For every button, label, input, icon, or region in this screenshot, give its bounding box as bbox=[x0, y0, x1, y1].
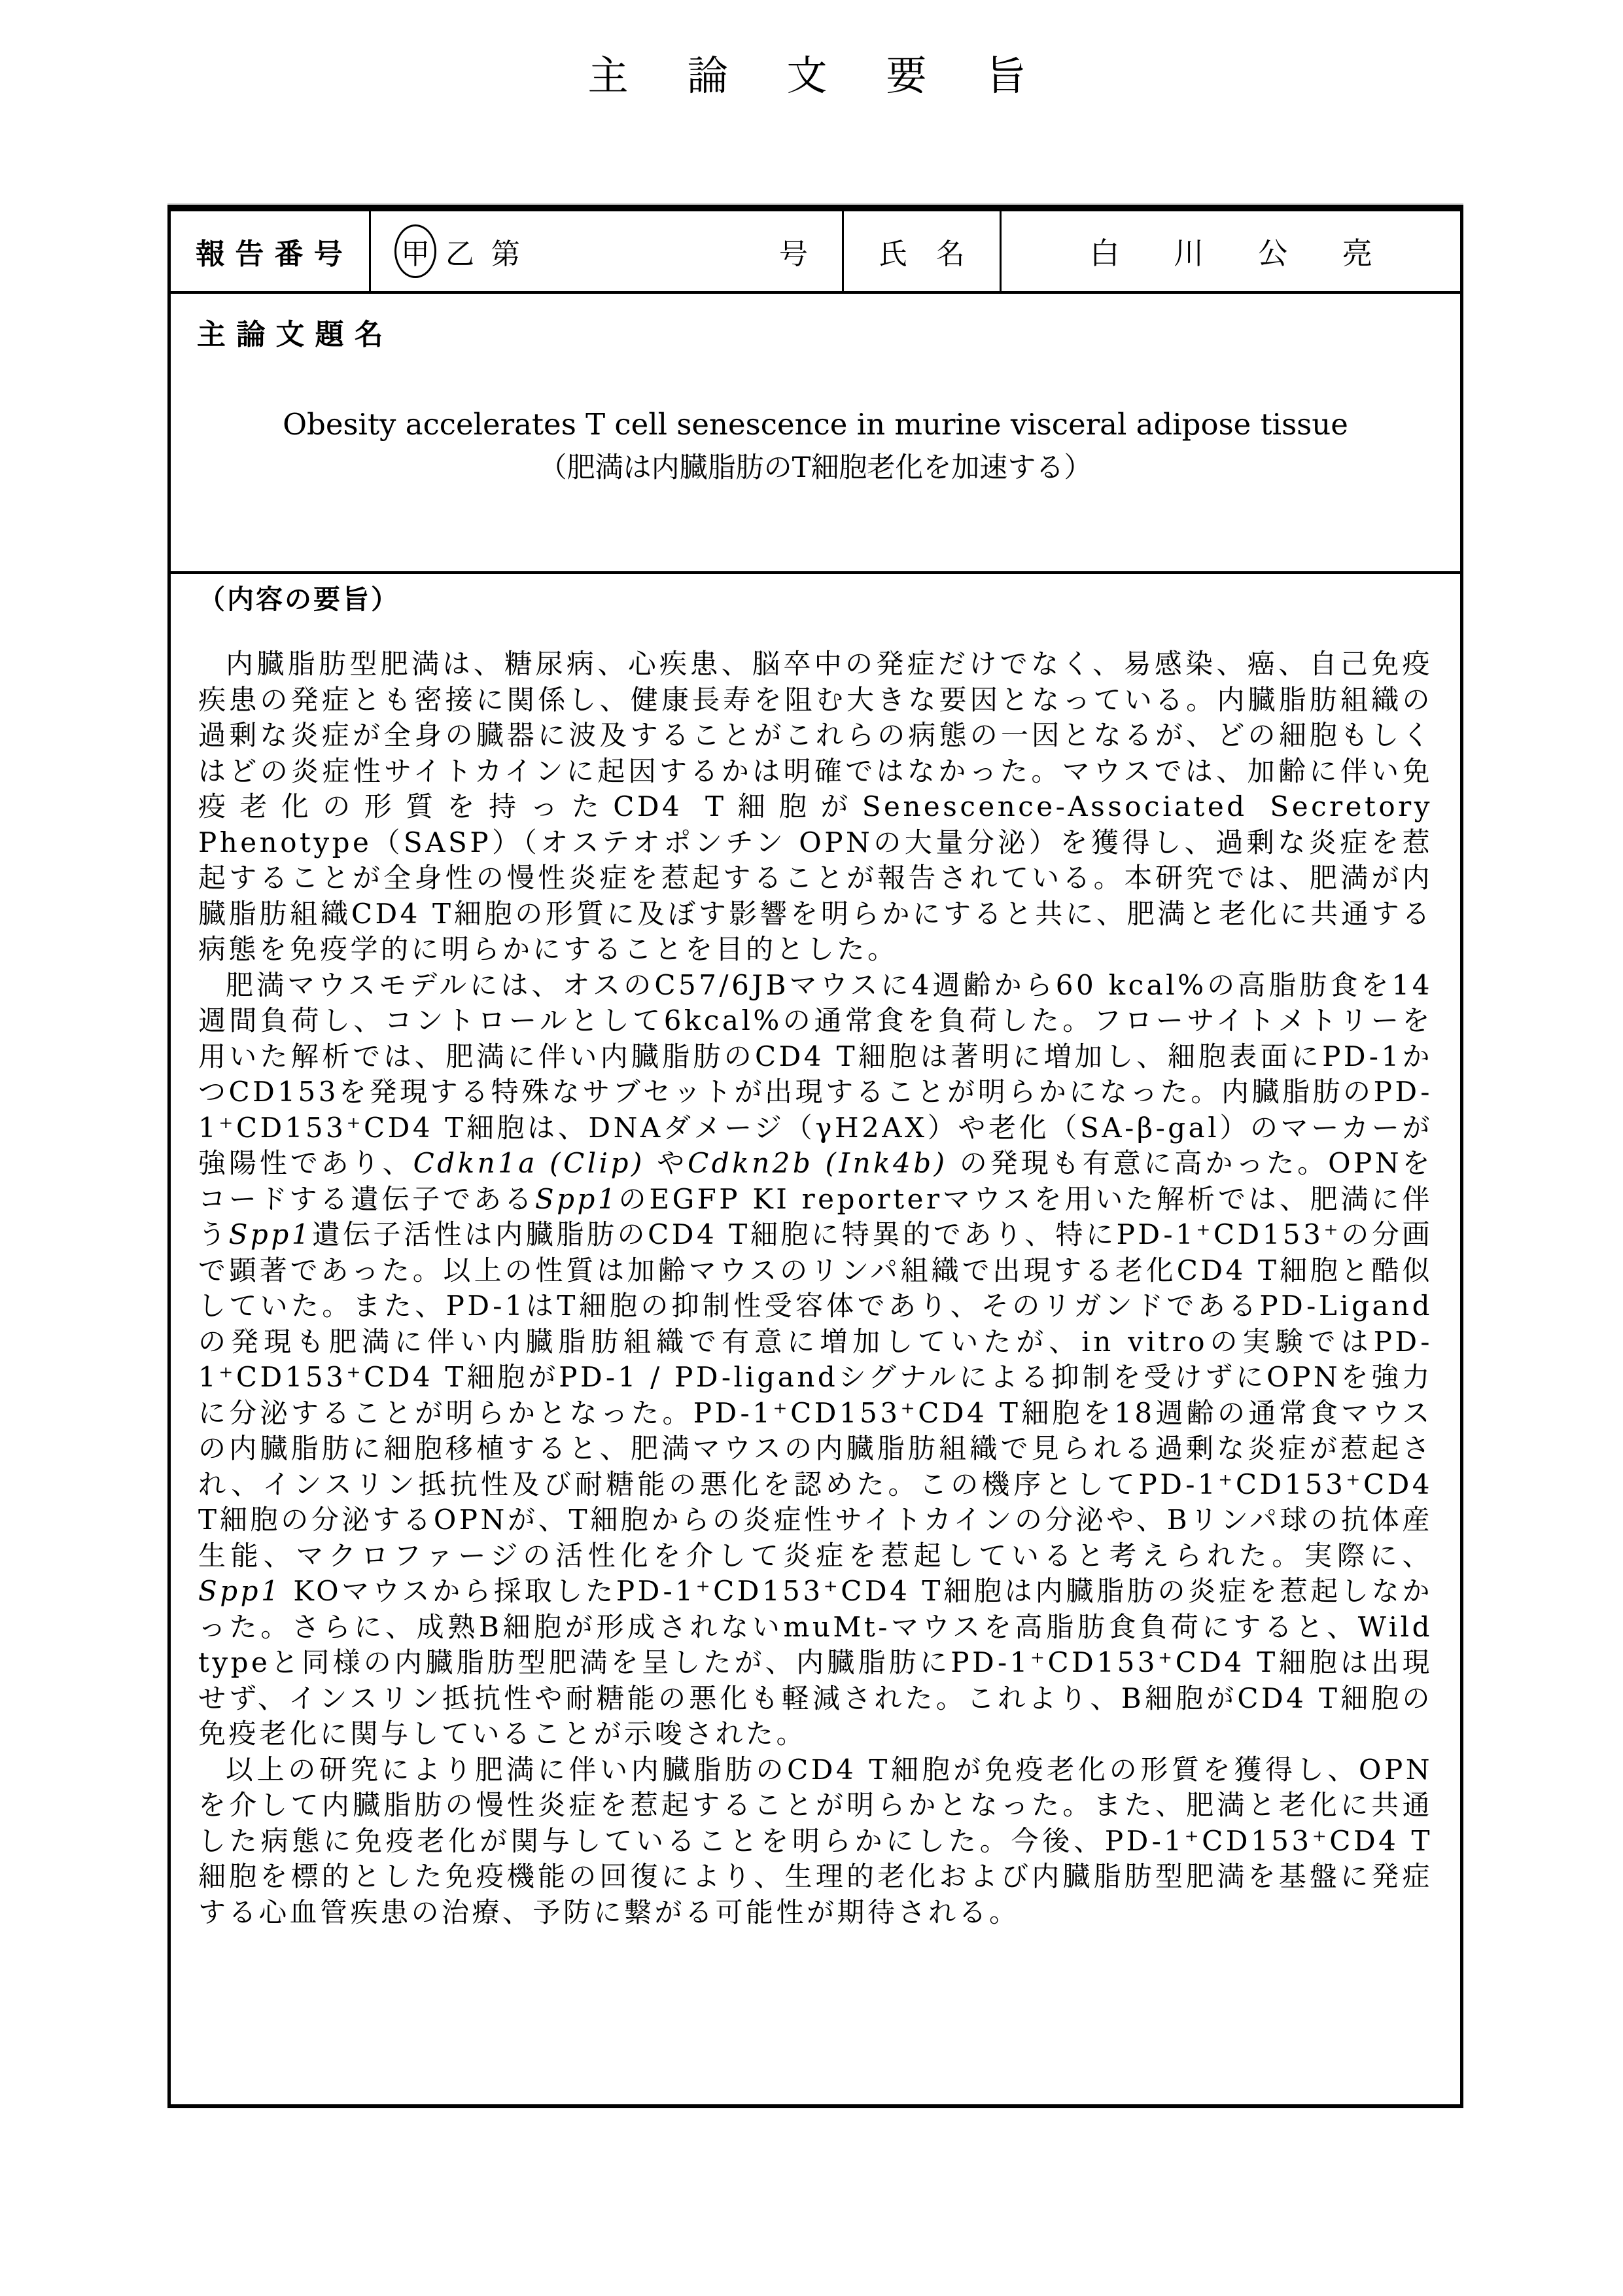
gene-name-italic: Spp1 bbox=[535, 1183, 618, 1215]
summary-paragraph: 内臓脂肪型肥満は、糖尿病、心疾患、脳卒中の発症だけでなく、易感染、癌、自己免疫疾… bbox=[198, 646, 1433, 968]
report-number-cell: 甲 乙 第 号 bbox=[371, 211, 844, 291]
number-prefix-dai: 第 bbox=[491, 230, 520, 272]
summary-label: （内容の要旨） bbox=[198, 582, 1433, 618]
thesis-titles: Obesity accelerates T cell senescence in… bbox=[171, 406, 1460, 486]
summary-paragraph: 肥満マウスモデルには、オスのC57/6JBマウスに4週齢から60 kcal%の高… bbox=[198, 968, 1433, 1752]
gene-name-italic: Spp1 bbox=[229, 1218, 312, 1250]
gene-name-italic: Cdkn2b (Ink4b) bbox=[688, 1147, 947, 1179]
page-title: 主 論 文 要 旨 bbox=[0, 54, 1623, 98]
summary-text-segment: KOマウスから採取したPD-1⁺CD153⁺CD4 T細胞は内臓脂肪の炎症を惹起… bbox=[198, 1575, 1433, 1750]
gene-name-italic: Cdkn1a (Clip) bbox=[413, 1147, 645, 1179]
name-label: 氏 名 bbox=[844, 211, 1002, 291]
thesis-title-row: 主 論 文 題 名 Obesity accelerates T cell sen… bbox=[171, 294, 1460, 574]
abstract-form-table: 報 告 番 号 甲 乙 第 号 氏 名 白 川 公 亮 主 論 文 題 名 Ob… bbox=[167, 205, 1463, 2108]
summary-row: （内容の要旨） 内臓脂肪型肥満は、糖尿病、心疾患、脳卒中の発症だけでなく、易感染… bbox=[171, 574, 1460, 2104]
report-number-label: 報 告 番 号 bbox=[171, 211, 371, 291]
summary-text-segment: 以上の研究により肥満に伴い内臓脂肪のCD4 T細胞が免疫老化の形質を獲得し、OP… bbox=[198, 1754, 1433, 1928]
degree-otsu-label: 乙 bbox=[445, 230, 474, 272]
name-value: 白 川 公 亮 bbox=[1002, 211, 1460, 291]
number-suffix-go: 号 bbox=[779, 230, 808, 272]
summary-text-segment: 内臓脂肪型肥満は、糖尿病、心疾患、脳卒中の発症だけでなく、易感染、癌、自己免疫疾… bbox=[198, 648, 1433, 965]
summary-body: 内臓脂肪型肥満は、糖尿病、心疾患、脳卒中の発症だけでなく、易感染、癌、自己免疫疾… bbox=[198, 646, 1433, 1930]
thesis-title-en: Obesity accelerates T cell senescence in… bbox=[171, 406, 1460, 442]
summary-paragraph: 以上の研究により肥満に伴い内臓脂肪のCD4 T細胞が免疫老化の形質を獲得し、OP… bbox=[198, 1752, 1433, 1931]
thesis-title-label: 主 論 文 題 名 bbox=[197, 311, 385, 353]
thesis-abstract-page: 主 論 文 要 旨 報 告 番 号 甲 乙 第 号 氏 名 白 川 公 亮 主 … bbox=[0, 0, 1623, 2296]
gene-name-italic: Spp1 bbox=[198, 1575, 281, 1607]
summary-text-segment: や bbox=[645, 1147, 688, 1179]
degree-koh-label: 甲 bbox=[401, 230, 430, 272]
thesis-title-ja: （肥満は内臓脂肪のT細胞老化を加速する） bbox=[171, 450, 1460, 486]
summary-text-segment: 遺伝子活性は内臓脂肪のCD4 T細胞に特異的であり、特にPD-1⁺CD153⁺の… bbox=[198, 1218, 1433, 1572]
degree-koh-circle: 甲 bbox=[394, 224, 436, 278]
report-number-row: 報 告 番 号 甲 乙 第 号 氏 名 白 川 公 亮 bbox=[171, 211, 1460, 294]
